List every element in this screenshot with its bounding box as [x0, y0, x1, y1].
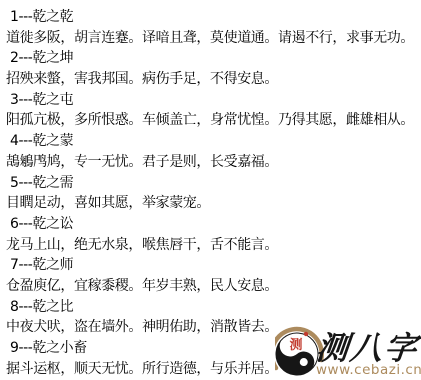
- verse-line-6: 龙马上山，绝无水泉，喉焦唇干，舌不能言。: [6, 235, 421, 256]
- verse-line-7: 仓盈庾亿，宜稼黍稷。年岁丰熟，民人安息。: [6, 276, 421, 297]
- site-url: www.cebazi.cn: [316, 362, 421, 378]
- hexagram-heading-7: 7---乾之师: [6, 255, 421, 276]
- verse-line-2: 招殃来螫，害我邦国。病伤手足，不得安息。: [6, 69, 421, 90]
- hexagram-heading-6: 6---乾之讼: [6, 214, 421, 235]
- verse-line-1: 道徙多阪，胡言连蹇。译喑且聋，莫使道通。请遏不行，求事无功。: [6, 28, 421, 49]
- verse-line-4: 鴶鵴鸤鸠，专一无忧。君子是则，长受嘉福。: [6, 152, 421, 173]
- hexagram-heading-8: 8---乾之比: [6, 297, 421, 318]
- hexagram-heading-3: 3---乾之屯: [6, 90, 421, 111]
- verse-line-3: 阳孤亢极，多所恨惑。车倾盖亡，身常忧惶。乃得其愿，雌雄相从。: [6, 110, 421, 131]
- seal-dot: [304, 332, 308, 336]
- hexagram-heading-2: 2---乾之坤: [6, 48, 421, 69]
- hexagram-heading-1: 1---乾之乾: [6, 7, 421, 28]
- hexagram-heading-5: 5---乾之需: [6, 173, 421, 194]
- seal-glyph: 测: [289, 337, 302, 353]
- hexagram-heading-4: 4---乾之蒙: [6, 131, 421, 152]
- watermark-logo: 测 测八字 www.cebazi.cn: [275, 322, 421, 380]
- verse-line-5: 目瞤足动，喜如其愿，举家蒙宠。: [6, 193, 421, 214]
